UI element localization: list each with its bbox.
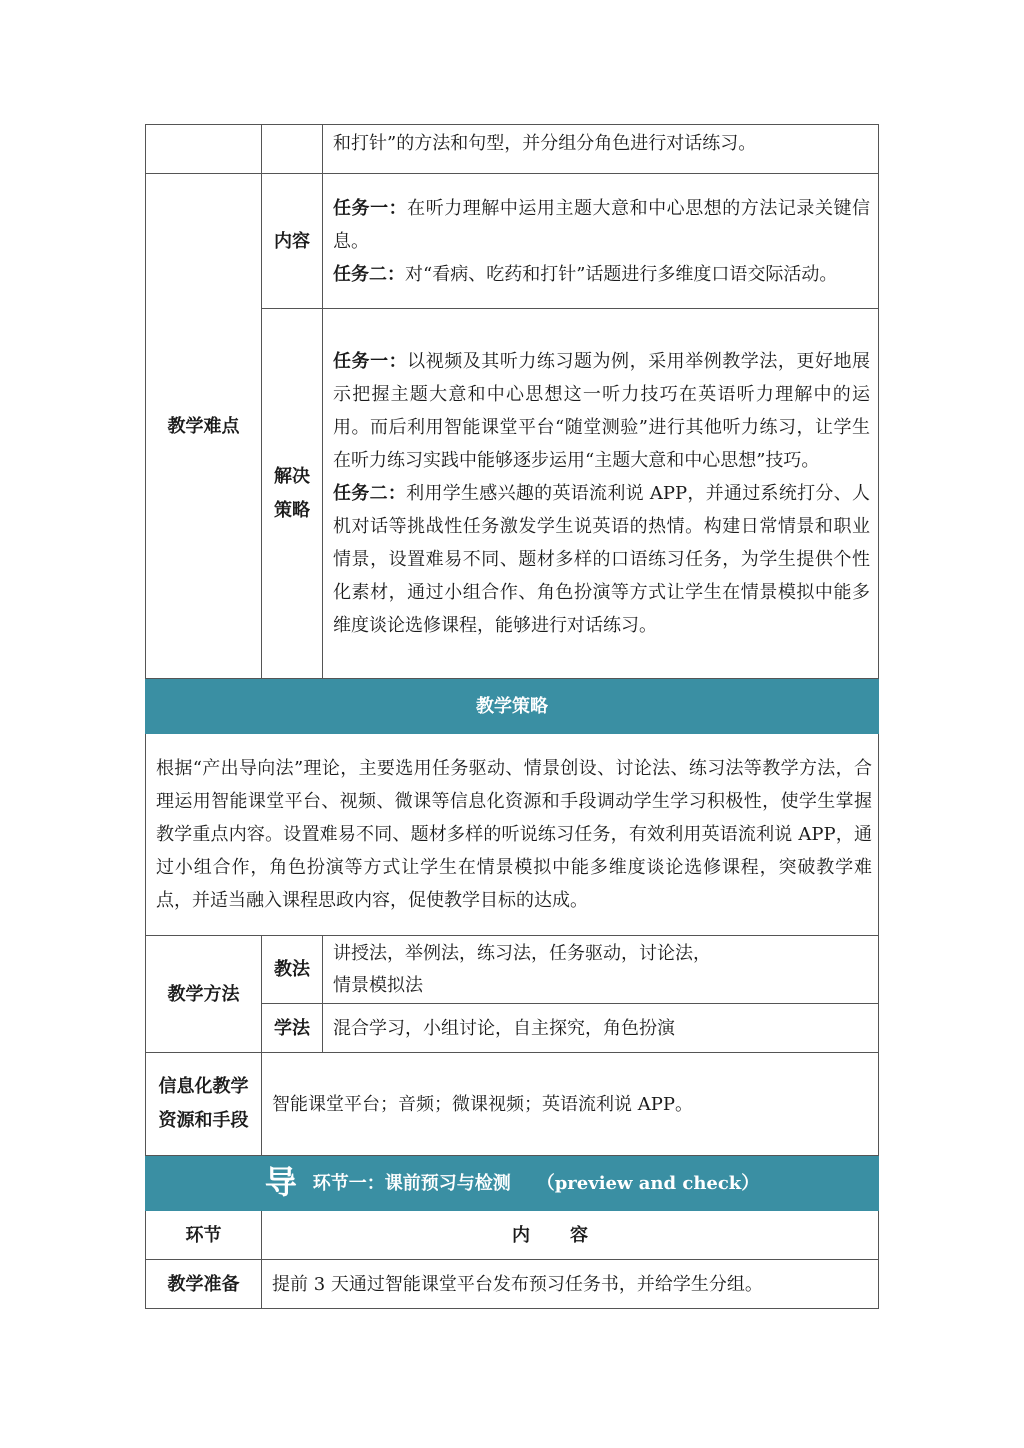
continuation-row: 和打针”的方法和句型，并分组分角色进行对话练习。 xyxy=(146,125,879,174)
col-content-header: 内容 xyxy=(262,1211,879,1260)
strategy-header-row: 教学策略 xyxy=(146,679,879,734)
difficulty-content-row: 教学难点 内容 任务一：在听力理解中运用主题大意和中心思想的方法记录关键信息。 … xyxy=(146,174,879,309)
strategy-task-two: 任务二：利用学生感兴趣的英语流利说 APP，并通过系统打分、人机对话等挑战性任务… xyxy=(333,477,870,642)
strategy-label: 解决策略 xyxy=(262,309,323,679)
strategy-paragraph-row: 根据“产出导向法”理论，主要选用任务驱动、情景创设、讨论法、练习法等教学方法，合… xyxy=(146,734,879,936)
prep-row: 教学准备 提前 3 天通过智能课堂平台发布预习任务书，并给学生分组。 xyxy=(146,1260,879,1309)
difficulty-content: 任务一：在听力理解中运用主题大意和中心思想的方法记录关键信息。 任务二：对“看病… xyxy=(323,174,879,309)
strategy-header: 教学策略 xyxy=(146,679,879,734)
teaching-method-text: 讲授法，举例法，练习法，任务驱动，讨论法， 情景模拟法 xyxy=(323,936,879,1004)
methods-label: 教学方法 xyxy=(146,936,262,1053)
learning-method-label: 学法 xyxy=(262,1004,323,1053)
strategy-paragraph: 根据“产出导向法”理论，主要选用任务驱动、情景创设、讨论法、练习法等教学方法，合… xyxy=(146,734,879,936)
lesson-plan-page: 和打针”的方法和句型，并分组分角色进行对话练习。 教学难点 内容 任务一：在听力… xyxy=(145,124,878,1309)
difficulty-label: 教学难点 xyxy=(146,174,262,679)
content-label: 内容 xyxy=(262,174,323,309)
stage-one-title: 环节一：课前预习与检测 xyxy=(313,1173,511,1194)
task-two: 任务二：对“看病、吃药和打针”话题进行多维度口语交际活动。 xyxy=(333,258,870,291)
empty-cell xyxy=(262,125,323,174)
continuation-text: 和打针”的方法和句型，并分组分角色进行对话练习。 xyxy=(323,125,879,174)
stage-one-header: 导环节一：课前预习与检测（preview and check） xyxy=(146,1156,879,1211)
resources-row: 信息化教学资源和手段 智能课堂平台；音频；微课视频；英语流利说 APP。 xyxy=(146,1053,879,1156)
stage-one-title-en: （preview and check） xyxy=(537,1173,760,1194)
learning-method-text: 混合学习，小组讨论，自主探究，角色扮演 xyxy=(323,1004,879,1053)
teaching-method-row: 教学方法 教法 讲授法，举例法，练习法，任务驱动，讨论法， 情景模拟法 xyxy=(146,936,879,1004)
teaching-method-label: 教法 xyxy=(262,936,323,1004)
resources-label: 信息化教学资源和手段 xyxy=(146,1053,262,1156)
prep-text: 提前 3 天通过智能课堂平台发布预习任务书，并给学生分组。 xyxy=(262,1260,879,1309)
empty-cell xyxy=(146,125,262,174)
col-stage-header: 环节 xyxy=(146,1211,262,1260)
guide-icon: 导 xyxy=(265,1163,297,1201)
stage-one-header-row: 导环节一：课前预习与检测（preview and check） xyxy=(146,1156,879,1211)
resources-text: 智能课堂平台；音频；微课视频；英语流利说 APP。 xyxy=(262,1053,879,1156)
strategy-content: 任务一：以视频及其听力练习题为例，采用举例教学法，更好地展示把握主题大意和中心思… xyxy=(323,309,879,679)
stage-column-header-row: 环节 内容 xyxy=(146,1211,879,1260)
task-one: 任务一：在听力理解中运用主题大意和中心思想的方法记录关键信息。 xyxy=(333,192,870,258)
lesson-plan-table: 和打针”的方法和句型，并分组分角色进行对话练习。 教学难点 内容 任务一：在听力… xyxy=(145,124,879,1309)
strategy-task-one: 任务一：以视频及其听力练习题为例，采用举例教学法，更好地展示把握主题大意和中心思… xyxy=(333,345,870,477)
prep-label: 教学准备 xyxy=(146,1260,262,1309)
